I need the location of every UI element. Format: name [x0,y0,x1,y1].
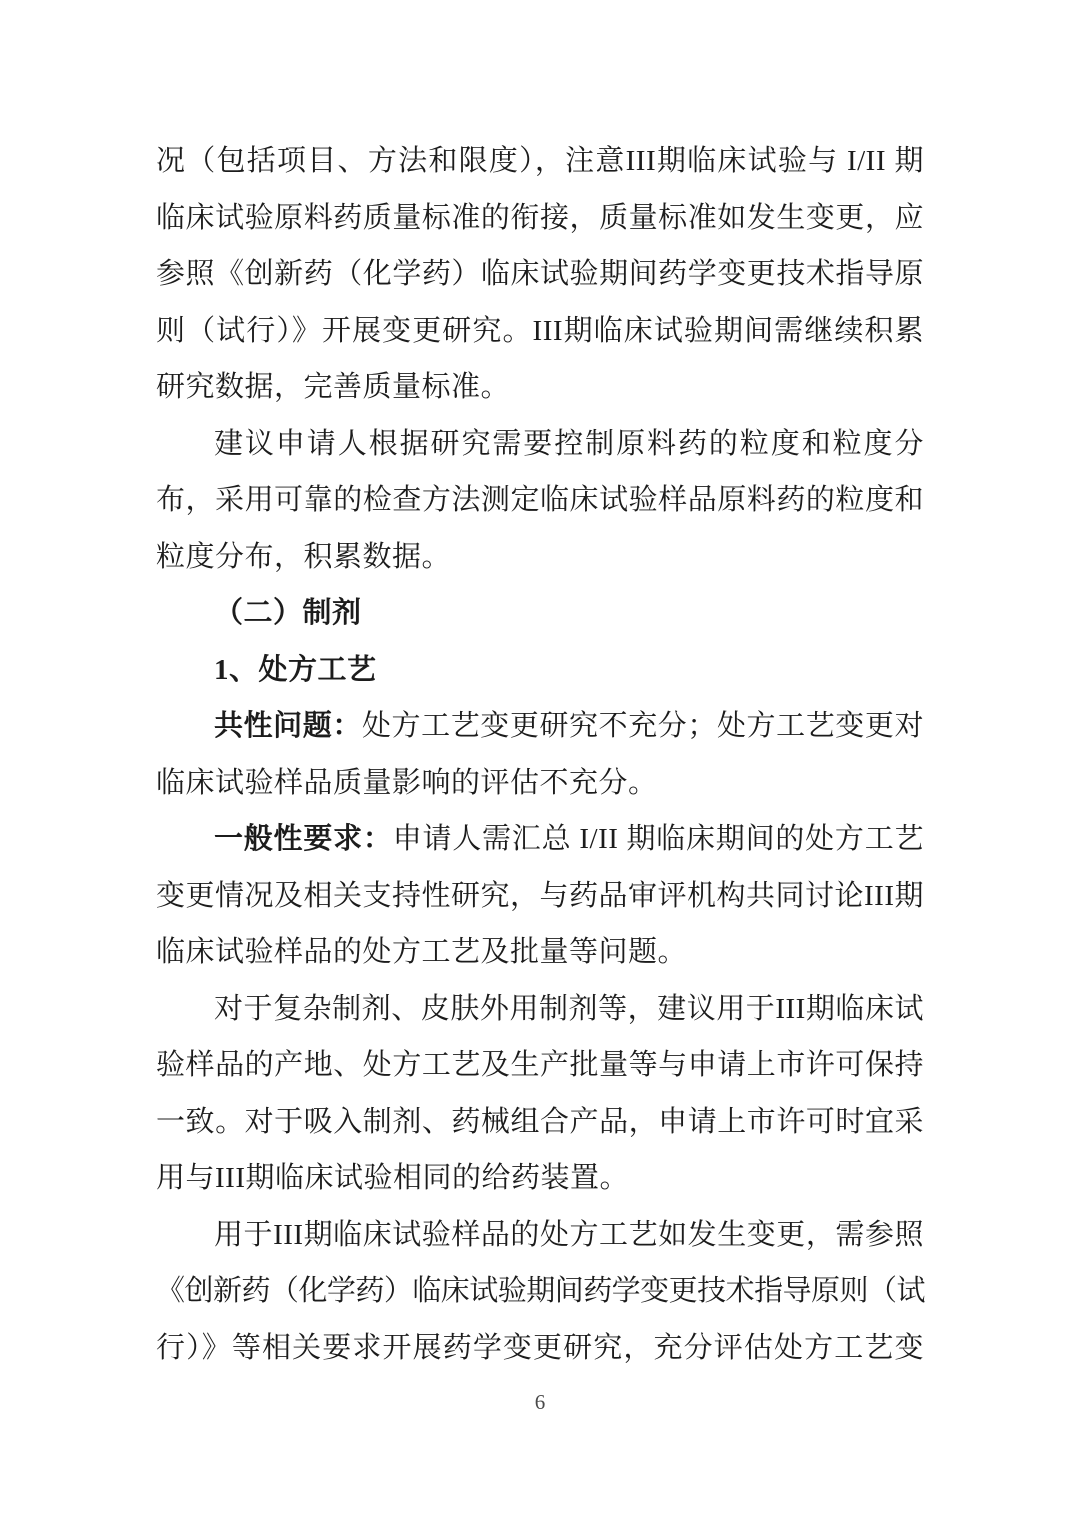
text-line: 对于复杂制剂、皮肤外用制剂等，建议用于III期临床试 [156,981,924,1038]
common-issues-label: 共性问题： [214,710,362,742]
subsection-heading-formulation-process: 1、处方工艺 [156,642,924,699]
document-text: 况（包括项目、方法和限度），注意III期临床试验与 I/II 期 临床试验原料药… [156,133,924,1376]
document-page: 况（包括项目、方法和限度），注意III期临床试验与 I/II 期 临床试验原料药… [0,0,1080,1527]
text-line: 临床试验样品的处方工艺及批量等问题。 [156,924,924,981]
text-line: 变更情况及相关支持性研究，与药品审评机构共同讨论III期 [156,868,924,925]
text-line: 用与III期临床试验相同的给药装置。 [156,1150,924,1207]
text-line: 研究数据，完善质量标准。 [156,359,924,416]
text-line: 临床试验原料药质量标准的衔接，质量标准如发生变更，应 [156,190,924,247]
general-requirements-label: 一般性要求： [214,823,393,855]
text-line: 用于III期临床试验样品的处方工艺如发生变更，需参照 [156,1207,924,1264]
text-segment: 申请人需汇总 I/II 期临床期间的处方工艺 [393,823,924,855]
text-line: 临床试验样品质量影响的评估不充分。 [156,755,924,812]
section-heading-preparations: （二）制剂 [156,585,924,642]
text-line: 布，采用可靠的检查方法测定临床试验样品原料药的粒度和 [156,472,924,529]
page-number: 6 [0,1388,1080,1416]
text-line: 一般性要求：申请人需汇总 I/II 期临床期间的处方工艺 [156,811,924,868]
text-line: 建议申请人根据研究需要控制原料药的粒度和粒度分 [156,416,924,473]
text-line: 粒度分布，积累数据。 [156,529,924,586]
text-line: 《创新药（化学药）临床试验期间药学变更技术指导原则（试 [156,1263,924,1320]
text-line: 验样品的产地、处方工艺及生产批量等与申请上市许可保持 [156,1037,924,1094]
text-segment: 处方工艺变更研究不充分；处方工艺变更对 [362,710,924,742]
text-line: 行）》等相关要求开展药学变更研究，充分评估处方工艺变 [156,1320,924,1377]
text-line: 则（试行）》开展变更研究。III期临床试验期间需继续积累 [156,303,924,360]
text-line: 况（包括项目、方法和限度），注意III期临床试验与 I/II 期 [156,133,924,190]
text-line: 参照《创新药（化学药）临床试验期间药学变更技术指导原 [156,246,924,303]
text-line: 一致。对于吸入制剂、药械组合产品，申请上市许可时宜采 [156,1094,924,1151]
text-line: 共性问题：处方工艺变更研究不充分；处方工艺变更对 [156,698,924,755]
